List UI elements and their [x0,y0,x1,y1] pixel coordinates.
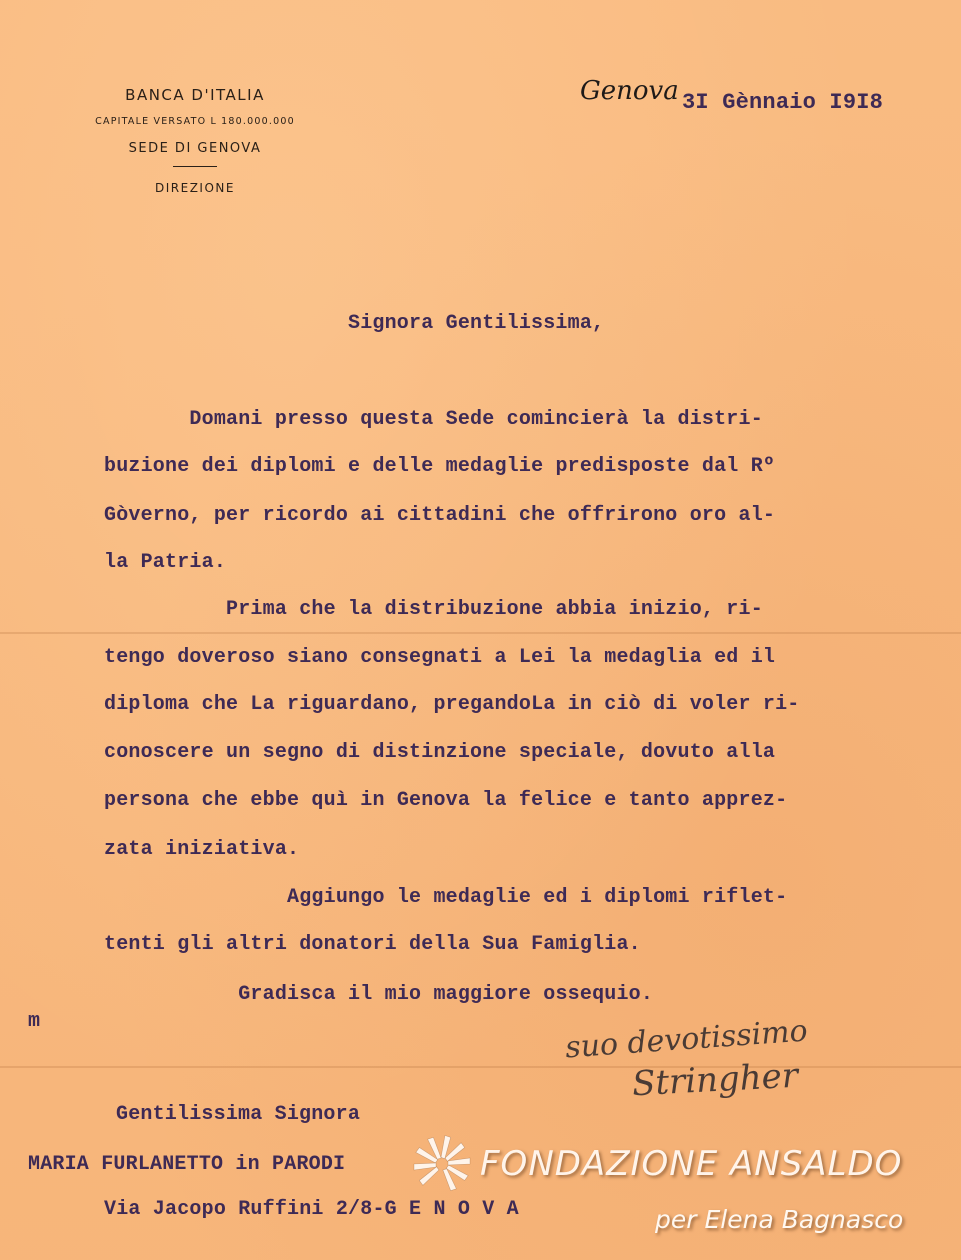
body-line: Prima che la distribuzione abbia inizio,… [104,598,763,621]
salutation: Signora Gentilissima, [348,312,604,335]
letterhead-branch: SEDE DI GENOVA [60,141,330,156]
body-line: zata iniziativa. [104,838,299,861]
date-place: Genova [580,76,679,106]
body-line: tenti gli altri donatori della Sua Famig… [104,933,641,956]
body-line: Gòverno, per ricordo ai cittadini che of… [104,504,775,527]
reference-mark: m [28,1010,40,1033]
date-text: 3I Gènnaio I9I8 [682,90,883,115]
addressee-greeting: Gentilissima Signora [116,1103,360,1126]
addressee-address: Via Jacopo Ruffini 2/8-G E N O V A [104,1198,519,1221]
letterhead: BANCA D'ITALIA CAPITALE VERSATO L 180.00… [60,86,330,195]
body-line: la Patria. [104,551,226,574]
body-line: diploma che La riguardano, pregandoLa in… [104,693,800,716]
paper-fold [0,632,961,634]
addressee-name: MARIA FURLANETTO in PARODI [28,1153,345,1176]
watermark-logo: FONDAZIONE ANSALDO [410,1132,902,1196]
letterhead-office: DIREZIONE [60,181,330,195]
body-line: persona che ebbe quì in Genova la felice… [104,789,787,812]
body-line: tengo doveroso siano consegnati a Lei la… [104,646,775,669]
body-line: conoscere un segno di distinzione specia… [104,741,775,764]
body-line: buzione dei diplomi e delle medaglie pre… [104,455,775,478]
signature-name: Stringher [631,1056,799,1105]
letterhead-divider [173,166,217,167]
letterhead-bank: BANCA D'ITALIA [60,86,330,104]
body-line: Aggiungo le medaglie ed i diplomi riflet… [104,886,787,909]
letterhead-capital: CAPITALE VERSATO L 180.000.000 [60,116,330,127]
paper-fold [0,1066,961,1068]
body-line: Gradisca il mio maggiore ossequio. [104,983,653,1006]
body-line: Domani presso questa Sede comincierà la … [104,408,763,431]
ansaldo-sunburst-icon [410,1132,474,1196]
watermark-credit: per Elena Bagnasco [655,1205,903,1234]
watermark-text: FONDAZIONE ANSALDO [480,1144,902,1184]
